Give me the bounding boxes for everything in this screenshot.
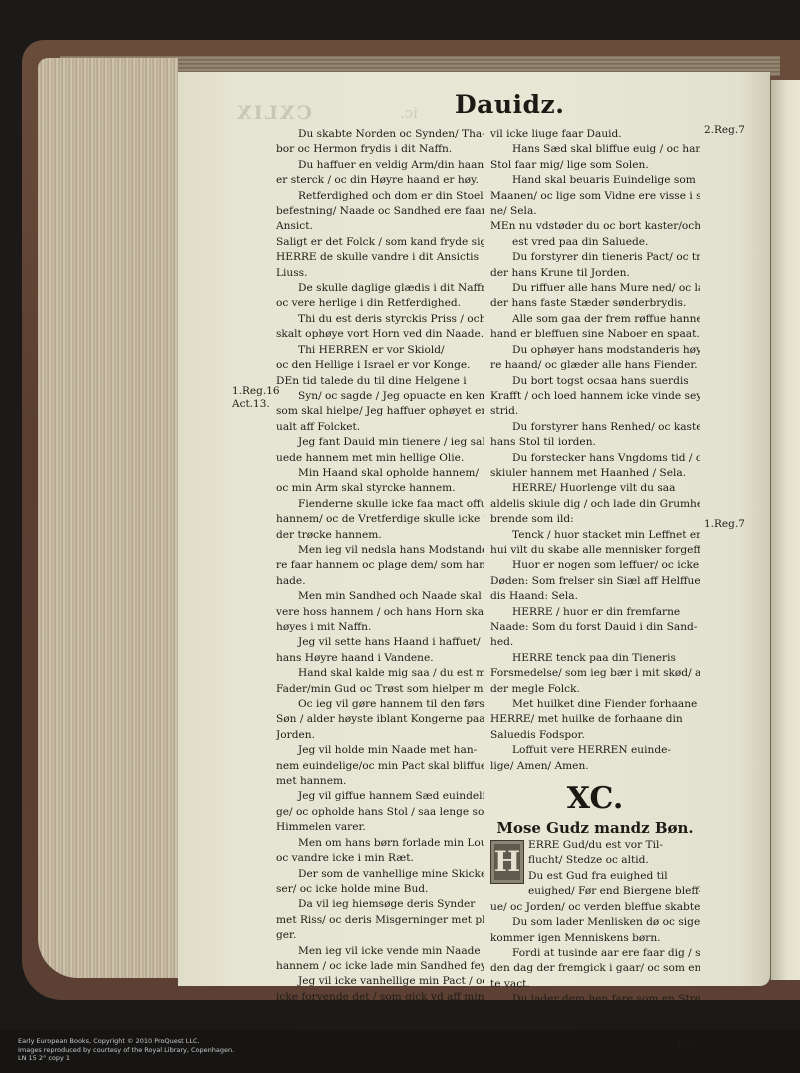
text-line: Jeg vil giffue hannem Sæd euindeli-	[276, 789, 484, 804]
text-line: Himmelen varer.	[276, 820, 484, 835]
text-line: Jeg sor en tid ved min Hellighed/ Jeg	[276, 1021, 484, 1036]
text-line: der hans faste Stæder sønderbrydis.	[490, 296, 700, 311]
text-line: HERRE / huor er din fremfarne	[490, 605, 700, 620]
text-line: ge/ oc opholde hans Stol / saa lenge som	[276, 805, 484, 820]
text-line: Men ieg vil nedsla hans Modstande-	[276, 543, 484, 558]
text-line: aldelis skiule dig / och lade din Grumhe…	[490, 497, 700, 512]
text-line: der megle Folck.	[490, 682, 700, 697]
book-photograph: CXLIX ic. Dauidz. 2.Reg.7 1.Reg.16 Act.1…	[0, 0, 800, 1030]
text-line: Liuss.	[276, 266, 484, 281]
text-line: Mund.	[276, 1005, 484, 1020]
text-line: høyes i mit Naffn.	[276, 620, 484, 635]
text-line: met Riss/ oc deris Misgerninger met pla-	[276, 913, 484, 928]
running-head: Dauidz.	[455, 90, 564, 119]
text-line: skiuler hannem met Haanhed / Sela.	[490, 466, 700, 481]
text-line: re faar hannem oc plage dem/ som hannem	[276, 558, 484, 573]
text-line: HERRE/ met huilke de forhaane din	[490, 712, 700, 727]
text-line: Maanen/ oc lige som Vidne ere visse i sk…	[490, 189, 700, 204]
footer-courtesy-line: Images reproduced by courtesy of the Roy…	[18, 1046, 234, 1055]
text-line: Thi HERREN er vor Skiold/	[276, 343, 484, 358]
text-line: Saligt er det Folck / som kand fryde sig…	[276, 235, 484, 250]
text-line: Stol faar mig/ lige som Solen.	[490, 158, 700, 173]
text-line: ne/ Sela.	[490, 204, 700, 219]
text-line: er sterck / oc din Høyre haand er høy.	[276, 173, 484, 188]
text-line: icke forvende det / som gick vd aff min	[276, 990, 484, 1005]
text-line: hand er bleffuen sine Naboer en spaat.	[490, 327, 700, 342]
text-line: Fader/min Gud oc Trøst som hielper mig	[276, 682, 484, 697]
margin-note-mid-right: 1.Reg.7	[704, 518, 745, 530]
text-line: oc de ere som en Søffn/ lige som Greff/ …	[490, 1008, 700, 1023]
text-line: dog snart visner.	[490, 1023, 700, 1038]
text-line: euighed/ Før end Biergene bleff-	[490, 884, 700, 899]
footer-shelfmark-line: LN 15 2° copy 1	[18, 1054, 234, 1063]
text-line: Du forstecker hans Vngdoms tid / oc	[490, 451, 700, 466]
bleed-through-folio: CXLIX	[235, 102, 312, 124]
text-line: DEn tid talede du til dine Helgene i	[276, 374, 484, 389]
text-line: Syn/ oc sagde / Jeg opuacte en kempe	[276, 389, 484, 404]
psalm-89-continuation: vil icke liuge faar Dauid.Hans Sæd skal …	[490, 127, 700, 774]
text-line: uede hannem met min hellige Olie.	[276, 451, 484, 466]
text-line: met hannem.	[276, 774, 484, 789]
text-line: hed.	[490, 635, 700, 650]
psalm-number: XC.	[490, 780, 700, 818]
text-line: Fordi at tusinde aar ere faar dig / som	[490, 946, 700, 961]
text-line: oc den Hellige i Israel er vor Konge.	[276, 358, 484, 373]
text-line: befestning/ Naade oc Sandhed ere faar di…	[276, 204, 484, 219]
text-line: Hand skal beuaris Euindelige som	[490, 173, 700, 188]
text-line: som skal hielpe/ Jeg haffuer ophøyet en …	[276, 404, 484, 419]
text-line: hui vilt du skabe alle mennisker forgeff…	[490, 543, 700, 558]
text-line: Min Haand skal opholde hannem/	[276, 466, 484, 481]
text-line: kommer igen Menniskens børn.	[490, 931, 700, 946]
text-line: Oc ieg vil gøre hannem til den første	[276, 697, 484, 712]
text-line: Du som lader Menlisken dø oc siger/	[490, 915, 700, 930]
text-line: Jeg vil holde min Naade met han-	[276, 743, 484, 758]
text-line: Alle som gaa der frem røffue hannem/	[490, 312, 700, 327]
text-line: ger.	[276, 928, 484, 943]
text-line: Hans Sæd skal bliffue euig / oc hans	[490, 142, 700, 157]
text-line: Men om hans børn forlade min Lou/	[276, 836, 484, 851]
text-line: Døden: Som frelser sin Siæl aff Helffue-	[490, 574, 700, 589]
margin-note-top-right: 2.Reg.7	[704, 124, 745, 136]
text-line: Loffuit vere HERREN euinde-	[490, 743, 700, 758]
text-line: skalt ophøye vort Horn ved din Naade.	[276, 327, 484, 342]
text-line: strid.	[490, 404, 700, 419]
text-line: oc vandre icke i min Ræt.	[276, 851, 484, 866]
text-line: ualt aff Folcket.	[276, 420, 484, 435]
text-line: Jorden.	[276, 728, 484, 743]
text-line: Søn / alder høyste iblant Kongerne paa	[276, 712, 484, 727]
text-line: Jeg fant Dauid min tienere / ieg sal-	[276, 435, 484, 450]
psalm-90-body: Du est Gud fra euighed tileuighed/ Før e…	[490, 869, 700, 1038]
text-line: Tenck / huor stacket min Leffnet er/	[490, 528, 700, 543]
text-line: Krafft / och loed hannem icke vinde seye…	[490, 389, 700, 404]
text-line: Der som de vanhellige mine Skickel-	[276, 867, 484, 882]
text-line: Naade: Som du forst Dauid i din Sand-	[490, 620, 700, 635]
text-line: est vred paa din Saluede.	[490, 235, 700, 250]
text-line: Du forstyrer hans Renhed/ oc kaster	[490, 420, 700, 435]
text-line: der trøcke hannem.	[276, 528, 484, 543]
text-line: Du haffuer en veldig Arm/din haand	[276, 158, 484, 173]
text-line: Men min Sandhed och Naade skal	[276, 589, 484, 604]
text-line: Fienderne skulle icke faa mact offuer	[276, 497, 484, 512]
margin-note-left-1: 1.Reg.16	[232, 385, 280, 397]
text-line: MEn nu vdstøder du oc bort kaster/och	[490, 219, 700, 234]
text-line: bor oc Hermon frydis i dit Naffn.	[276, 142, 484, 157]
text-line: Met huilket dine Fiender forhaane dig	[490, 697, 700, 712]
text-line: ue/ oc Jorden/ oc verden bleffue skabte.	[490, 900, 700, 915]
decorated-initial: H	[490, 840, 524, 884]
text-line: hade.	[276, 574, 484, 589]
text-line: hannem / oc icke lade min Sandhed feyle.	[276, 959, 484, 974]
text-line: oc vere herlige i din Retferdighed.	[276, 296, 484, 311]
text-line: lige/ Amen/ Amen.	[490, 759, 700, 774]
text-line: Du ophøyer hans modstanderis høy-	[490, 343, 700, 358]
margin-note-left-2: Act.13.	[232, 398, 270, 410]
text-line: Du bort togst ocsaa hans suerdis	[490, 374, 700, 389]
text-line: brende som ild:	[490, 512, 700, 527]
text-line: Du riffuer alle hans Mure ned/ oc la-	[490, 281, 700, 296]
text-line: Da vil ieg hiemsøge deris Synder	[276, 897, 484, 912]
text-line: HERRE tenck paa din Tieneris	[490, 651, 700, 666]
text-line: Ansict.	[276, 219, 484, 234]
text-line: Hand skal kalde mig saa / du est min	[276, 666, 484, 681]
text-line: De skulle daglige glædis i dit Naffn/	[276, 281, 484, 296]
text-line: Du lader dem hen fare som en Strøm/	[490, 992, 700, 1007]
copyright-footer: Early European Books, Copyright © 2010 P…	[18, 1037, 234, 1063]
text-line: Du skabte Norden oc Synden/ Tha-	[276, 127, 484, 142]
text-line: re haand/ oc glæder alle hans Fiender.	[490, 358, 700, 373]
text-column-left: Du skabte Norden oc Synden/ Tha-bor oc H…	[276, 127, 484, 1036]
text-line: den dag der fremgick i gaar/ oc som en N…	[490, 961, 700, 976]
text-line: vere hoss hannem / och hans Horn skal op…	[276, 605, 484, 620]
text-line: hannem/ oc de Vretferdige skulle icke vn…	[276, 512, 484, 527]
text-line: Thi du est deris styrckis Priss / och du	[276, 312, 484, 327]
facing-page-edge	[770, 80, 800, 980]
bleed-through-text: ic.	[400, 104, 418, 122]
text-line: ser/ oc icke holde mine Bud.	[276, 882, 484, 897]
text-line: te vact.	[490, 977, 700, 992]
text-line: oc min Arm skal styrcke hannem.	[276, 481, 484, 496]
footer-copyright-line: Early European Books, Copyright © 2010 P…	[18, 1037, 234, 1046]
catchword: Det	[490, 1038, 700, 1053]
text-line: Retferdighed och dom er din Stoels	[276, 189, 484, 204]
text-line: Jeg vil sette hans Haand i haffuet/ oc	[276, 635, 484, 650]
text-line: hans Stol til iorden.	[490, 435, 700, 450]
page-fore-edge-stack	[38, 58, 178, 978]
text-line: Saluedis Fodspor.	[490, 728, 700, 743]
text-line: HERRE/ Huorlenge vilt du saa	[490, 481, 700, 496]
psalm-90-opening: H ERRE Gud/du est vor Til- flucht/ Stedz…	[490, 838, 700, 1038]
text-line: vil icke liuge faar Dauid.	[490, 127, 700, 142]
psalm-title: Mose Gudz mandz Bøn.	[490, 818, 700, 838]
text-line: hans Høyre haand i Vandene.	[276, 651, 484, 666]
text-line: Forsmedelse/ som ieg bær i mit skød/ aff…	[490, 666, 700, 681]
text-line: Huor er nogen som leffuer/ oc icke seer	[490, 558, 700, 573]
text-line: HERRE de skulle vandre i dit Ansictis	[276, 250, 484, 265]
text-line: nem euindelige/oc min Pact skal bliffue …	[276, 759, 484, 774]
text-line: dis Haand: Sela.	[490, 589, 700, 604]
text-line: Du forstyrer din tieneris Pact/ oc træ-	[490, 250, 700, 265]
text-line: der hans Krune til Jorden.	[490, 266, 700, 281]
text-line: Jeg vil icke vanhellige min Pact / och	[276, 974, 484, 989]
text-line: Men ieg vil icke vende min Naade fra	[276, 944, 484, 959]
text-column-right: vil icke liuge faar Dauid.Hans Sæd skal …	[490, 127, 700, 1054]
